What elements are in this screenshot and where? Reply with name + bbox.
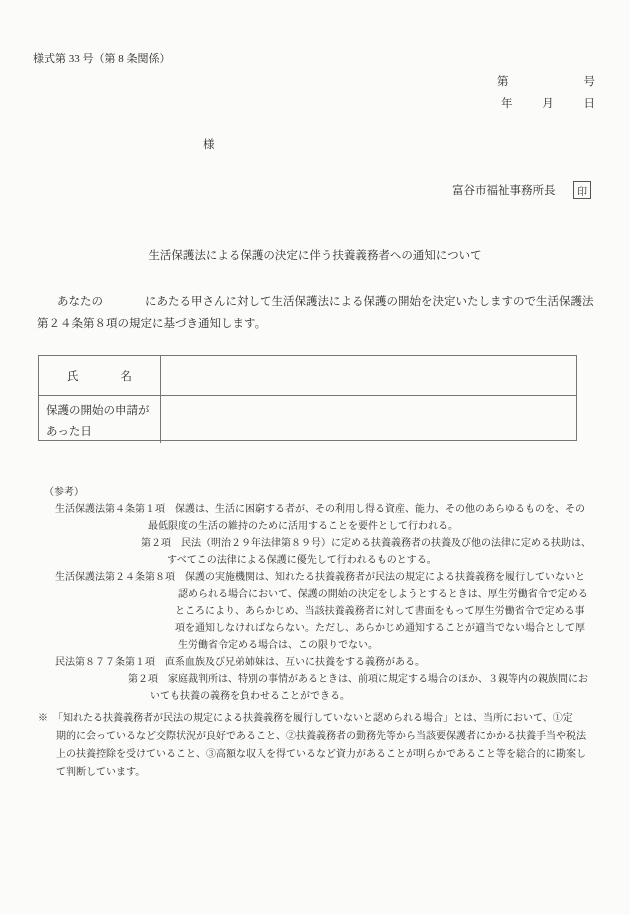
name-label-char1: 氏 — [67, 368, 79, 384]
reference-line: 最低限度の生活の維持のために活用することを要件として行われる。 — [0, 518, 630, 535]
date-month-label: 月 — [542, 97, 554, 111]
info-table: 氏 名 保護の開始の申請が あった日 — [38, 355, 577, 441]
reference-line: すべてこの法律による保護に優先して行われるものとする。 — [0, 552, 630, 569]
date-day-label: 日 — [584, 97, 596, 111]
date-year-label: 年 — [501, 97, 513, 111]
seal-label: 印 — [577, 183, 587, 198]
note-line: ※ 「知れたる扶養義務者が民法の規定による扶養義務を履行していないと認められる場… — [0, 710, 630, 728]
reference-line: 生労働省令定める場合は、この限りでない。 — [0, 637, 630, 654]
reference-line: いても扶養の義務を負わせることができる。 — [0, 688, 630, 705]
note-section: ※ 「知れたる扶養義務者が民法の規定による扶養義務を履行していないと認められる場… — [0, 710, 630, 782]
note-line: て判断しています。 — [0, 764, 630, 782]
reference-line: 項を通知しなければならない。ただし、あらかじめ通知することが適当でない場合として… — [0, 620, 630, 637]
reference-line: 生活保護法第４条第１項 保護は、生活に困窮する者が、その利用し得る資産、能力、そ… — [0, 501, 630, 518]
reference-section: （参考） 生活保護法第４条第１項 保護は、生活に困窮する者が、その利用し得る資産… — [0, 484, 630, 705]
reference-line: ところにより、あらかじめ、当該扶養義務者に対して書面をもって厚生労働省令で定める… — [0, 603, 630, 620]
recipient-honorific: 様 — [203, 138, 215, 152]
name-label-char2: 名 — [121, 368, 133, 384]
table-row-name-label: 氏 名 — [39, 356, 161, 396]
document-page: 様式第 33 号（第 8 条関係） 第 号 年 月 日 様 富谷市福祉事務所長 … — [0, 0, 630, 915]
table-row-appdate-value — [161, 396, 576, 443]
document-title: 生活保護法による保護の決定に伴う扶養義務者への通知について — [0, 249, 630, 263]
appdate-label-line1: 保護の開始の申請が — [46, 401, 160, 422]
reference-line: 第２項 民法（明治２９年法律第８９号）に定める扶養義務者の扶養及び他の法律に定め… — [0, 535, 630, 552]
date-line: 年 月 日 — [501, 97, 595, 111]
reference-line: 認められる場合において、保護の開始の決定をしようとするときは、厚生労働省令で定め… — [0, 586, 630, 603]
reference-line: 民法第８７７条第１項 直系血族及び兄弟姉妹は、互いに扶養をする義務がある。 — [0, 654, 630, 671]
seal-box: 印 — [573, 181, 591, 199]
body-line1-lead: あなたの — [57, 296, 103, 308]
body-line1-rest: にあたる甲さんに対して生活保護法による保護の開始を決定いたしますので生活保護法 — [145, 296, 594, 308]
body-line-2: 第２４条第８項の規定に基づき通知します。 — [37, 317, 266, 331]
note-line: 上の扶養控除を受けていること、③高額な収入を得ているなど資力があることが明らかで… — [0, 746, 630, 764]
note-line: 期的に会っているなど交際状況が良好であること、②扶養義務者の勤務先等から当該要保… — [0, 728, 630, 746]
document-number-prefix: 第 — [497, 75, 509, 89]
reference-heading: （参考） — [0, 484, 630, 501]
issuer-name: 富谷市福祉事務所長 — [452, 184, 556, 198]
table-row-appdate-label: 保護の開始の申請が あった日 — [39, 396, 161, 443]
body-line-1: あなたのにあたる甲さんに対して生活保護法による保護の開始を決定いたしますので生活… — [57, 295, 594, 309]
document-number-suffix: 号 — [584, 75, 596, 89]
reference-line: 第２項 家庭裁判所は、特別の事情があるときは、前項に規定する場合のほか、３親等内… — [0, 671, 630, 688]
appdate-label-line2: あった日 — [46, 422, 160, 443]
table-row-name-value — [161, 356, 576, 396]
form-number: 様式第 33 号（第 8 条関係） — [33, 52, 171, 66]
reference-line: 生活保護法第２４条第８項 保護の実施機関は、知れたる扶養義務者が民法の規定による… — [0, 569, 630, 586]
document-number-line: 第 号 — [497, 75, 595, 89]
